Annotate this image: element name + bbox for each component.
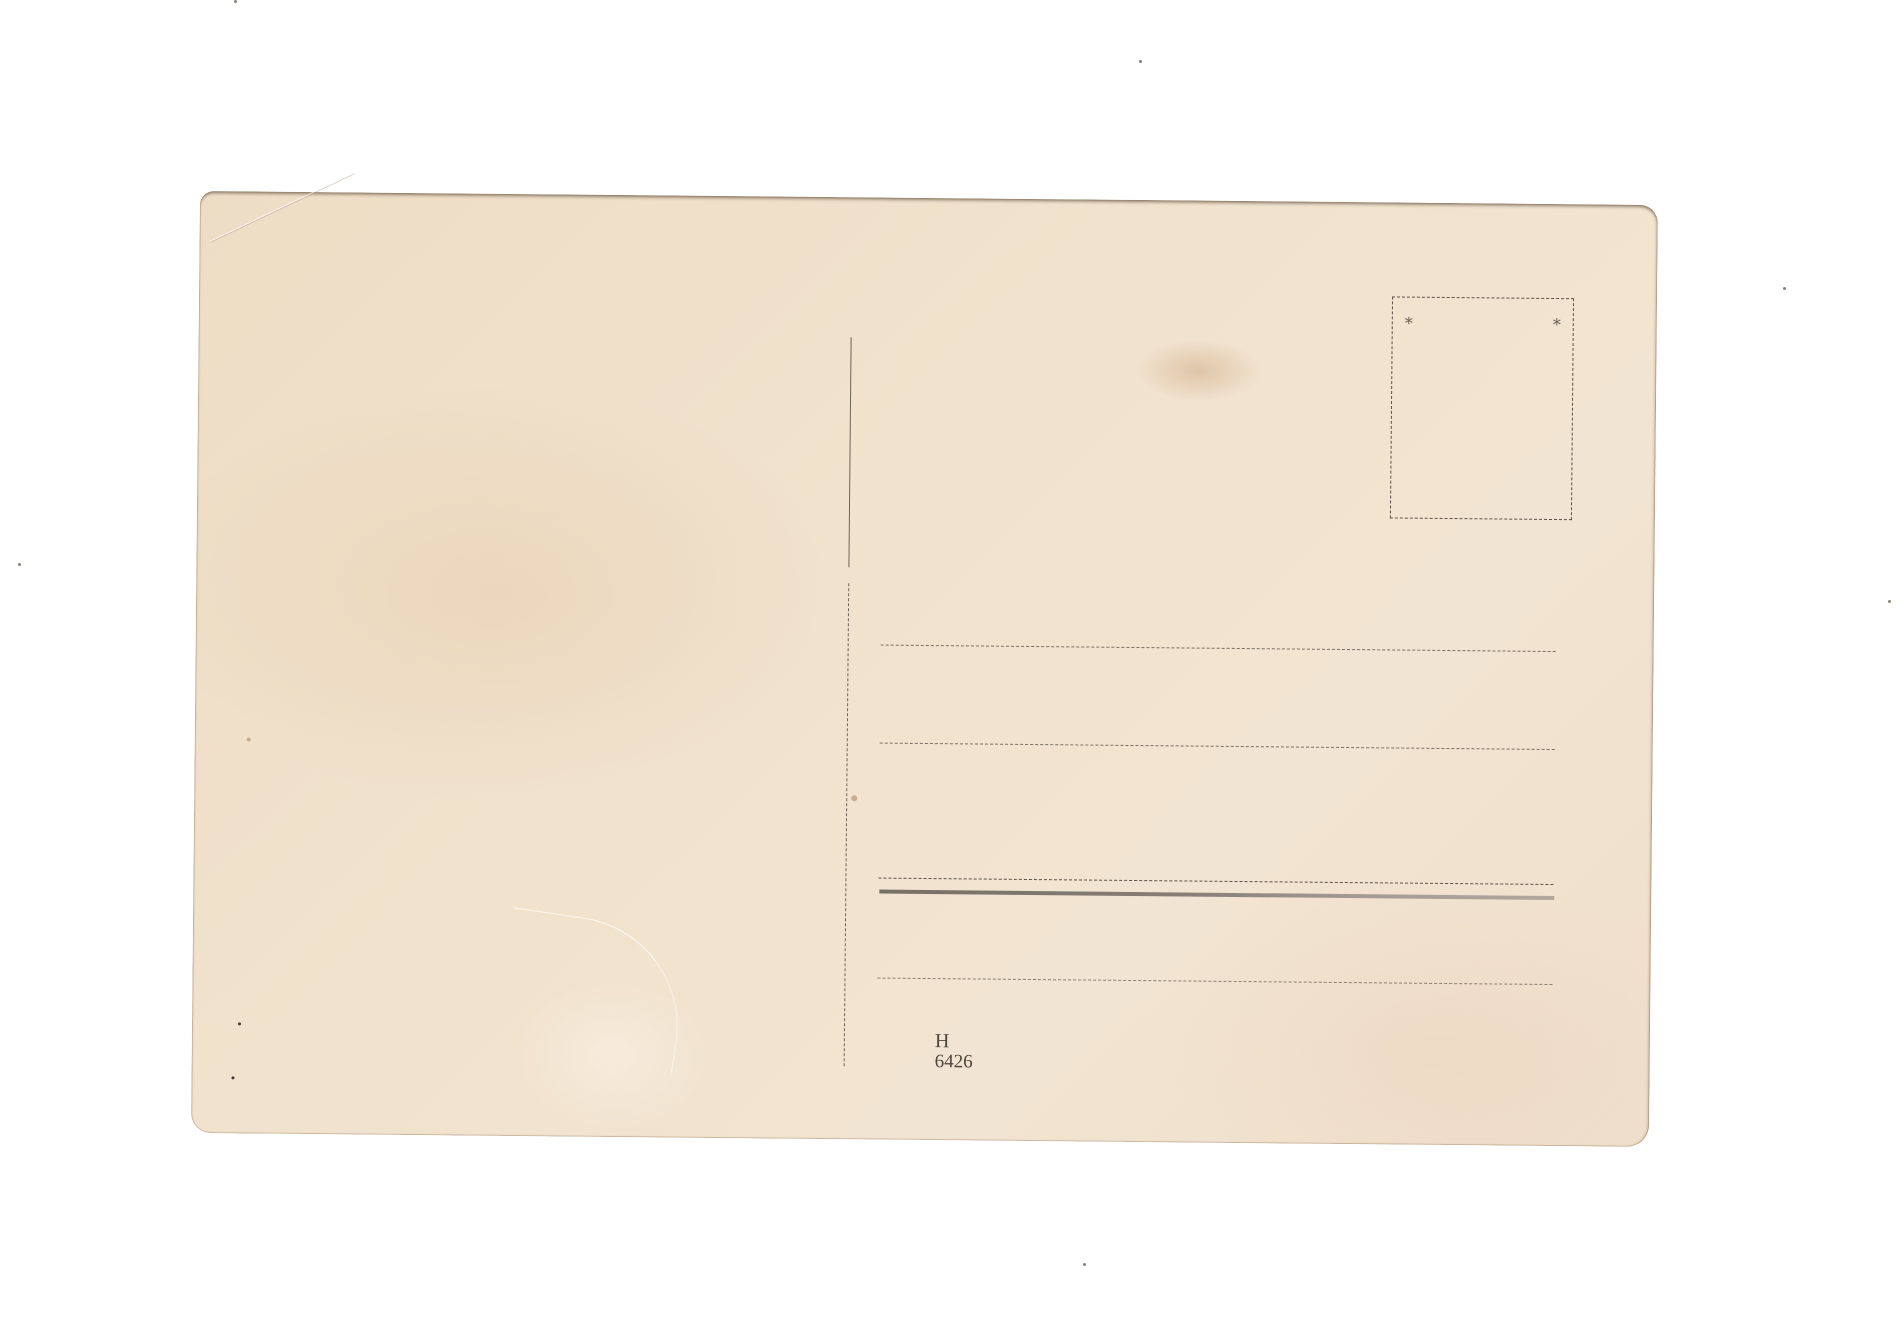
center-divider-line xyxy=(848,337,851,567)
dust-speck xyxy=(1083,1263,1086,1266)
postcard: * * H 6426 xyxy=(191,191,1658,1147)
dust-speck xyxy=(1139,60,1142,63)
printer-letter: H xyxy=(935,1031,973,1052)
address-underline-thick xyxy=(879,890,1554,900)
address-line-1 xyxy=(881,645,1556,652)
address-line-3 xyxy=(878,878,1553,885)
foxing-spot xyxy=(231,1076,234,1079)
scan-background: * * H 6426 xyxy=(0,0,1902,1328)
dust-speck xyxy=(1888,600,1891,603)
asterisk-icon: * xyxy=(1553,317,1561,333)
printer-number: 6426 xyxy=(935,1052,973,1072)
foxing-spot xyxy=(238,1022,241,1025)
corner-crease xyxy=(210,172,355,242)
curved-crease xyxy=(493,907,693,1073)
address-line-2 xyxy=(880,743,1555,750)
center-divider-line xyxy=(844,583,850,1066)
address-line-4 xyxy=(877,978,1552,985)
asterisk-icon: * xyxy=(1405,316,1413,332)
stamp-box: * * xyxy=(1390,296,1574,520)
foxing-spot xyxy=(851,795,857,801)
dust-speck xyxy=(1783,287,1786,290)
printer-mark: H 6426 xyxy=(935,1031,973,1072)
dust-speck xyxy=(18,563,21,566)
dust-speck xyxy=(234,0,237,3)
foxing-spot xyxy=(247,737,251,741)
